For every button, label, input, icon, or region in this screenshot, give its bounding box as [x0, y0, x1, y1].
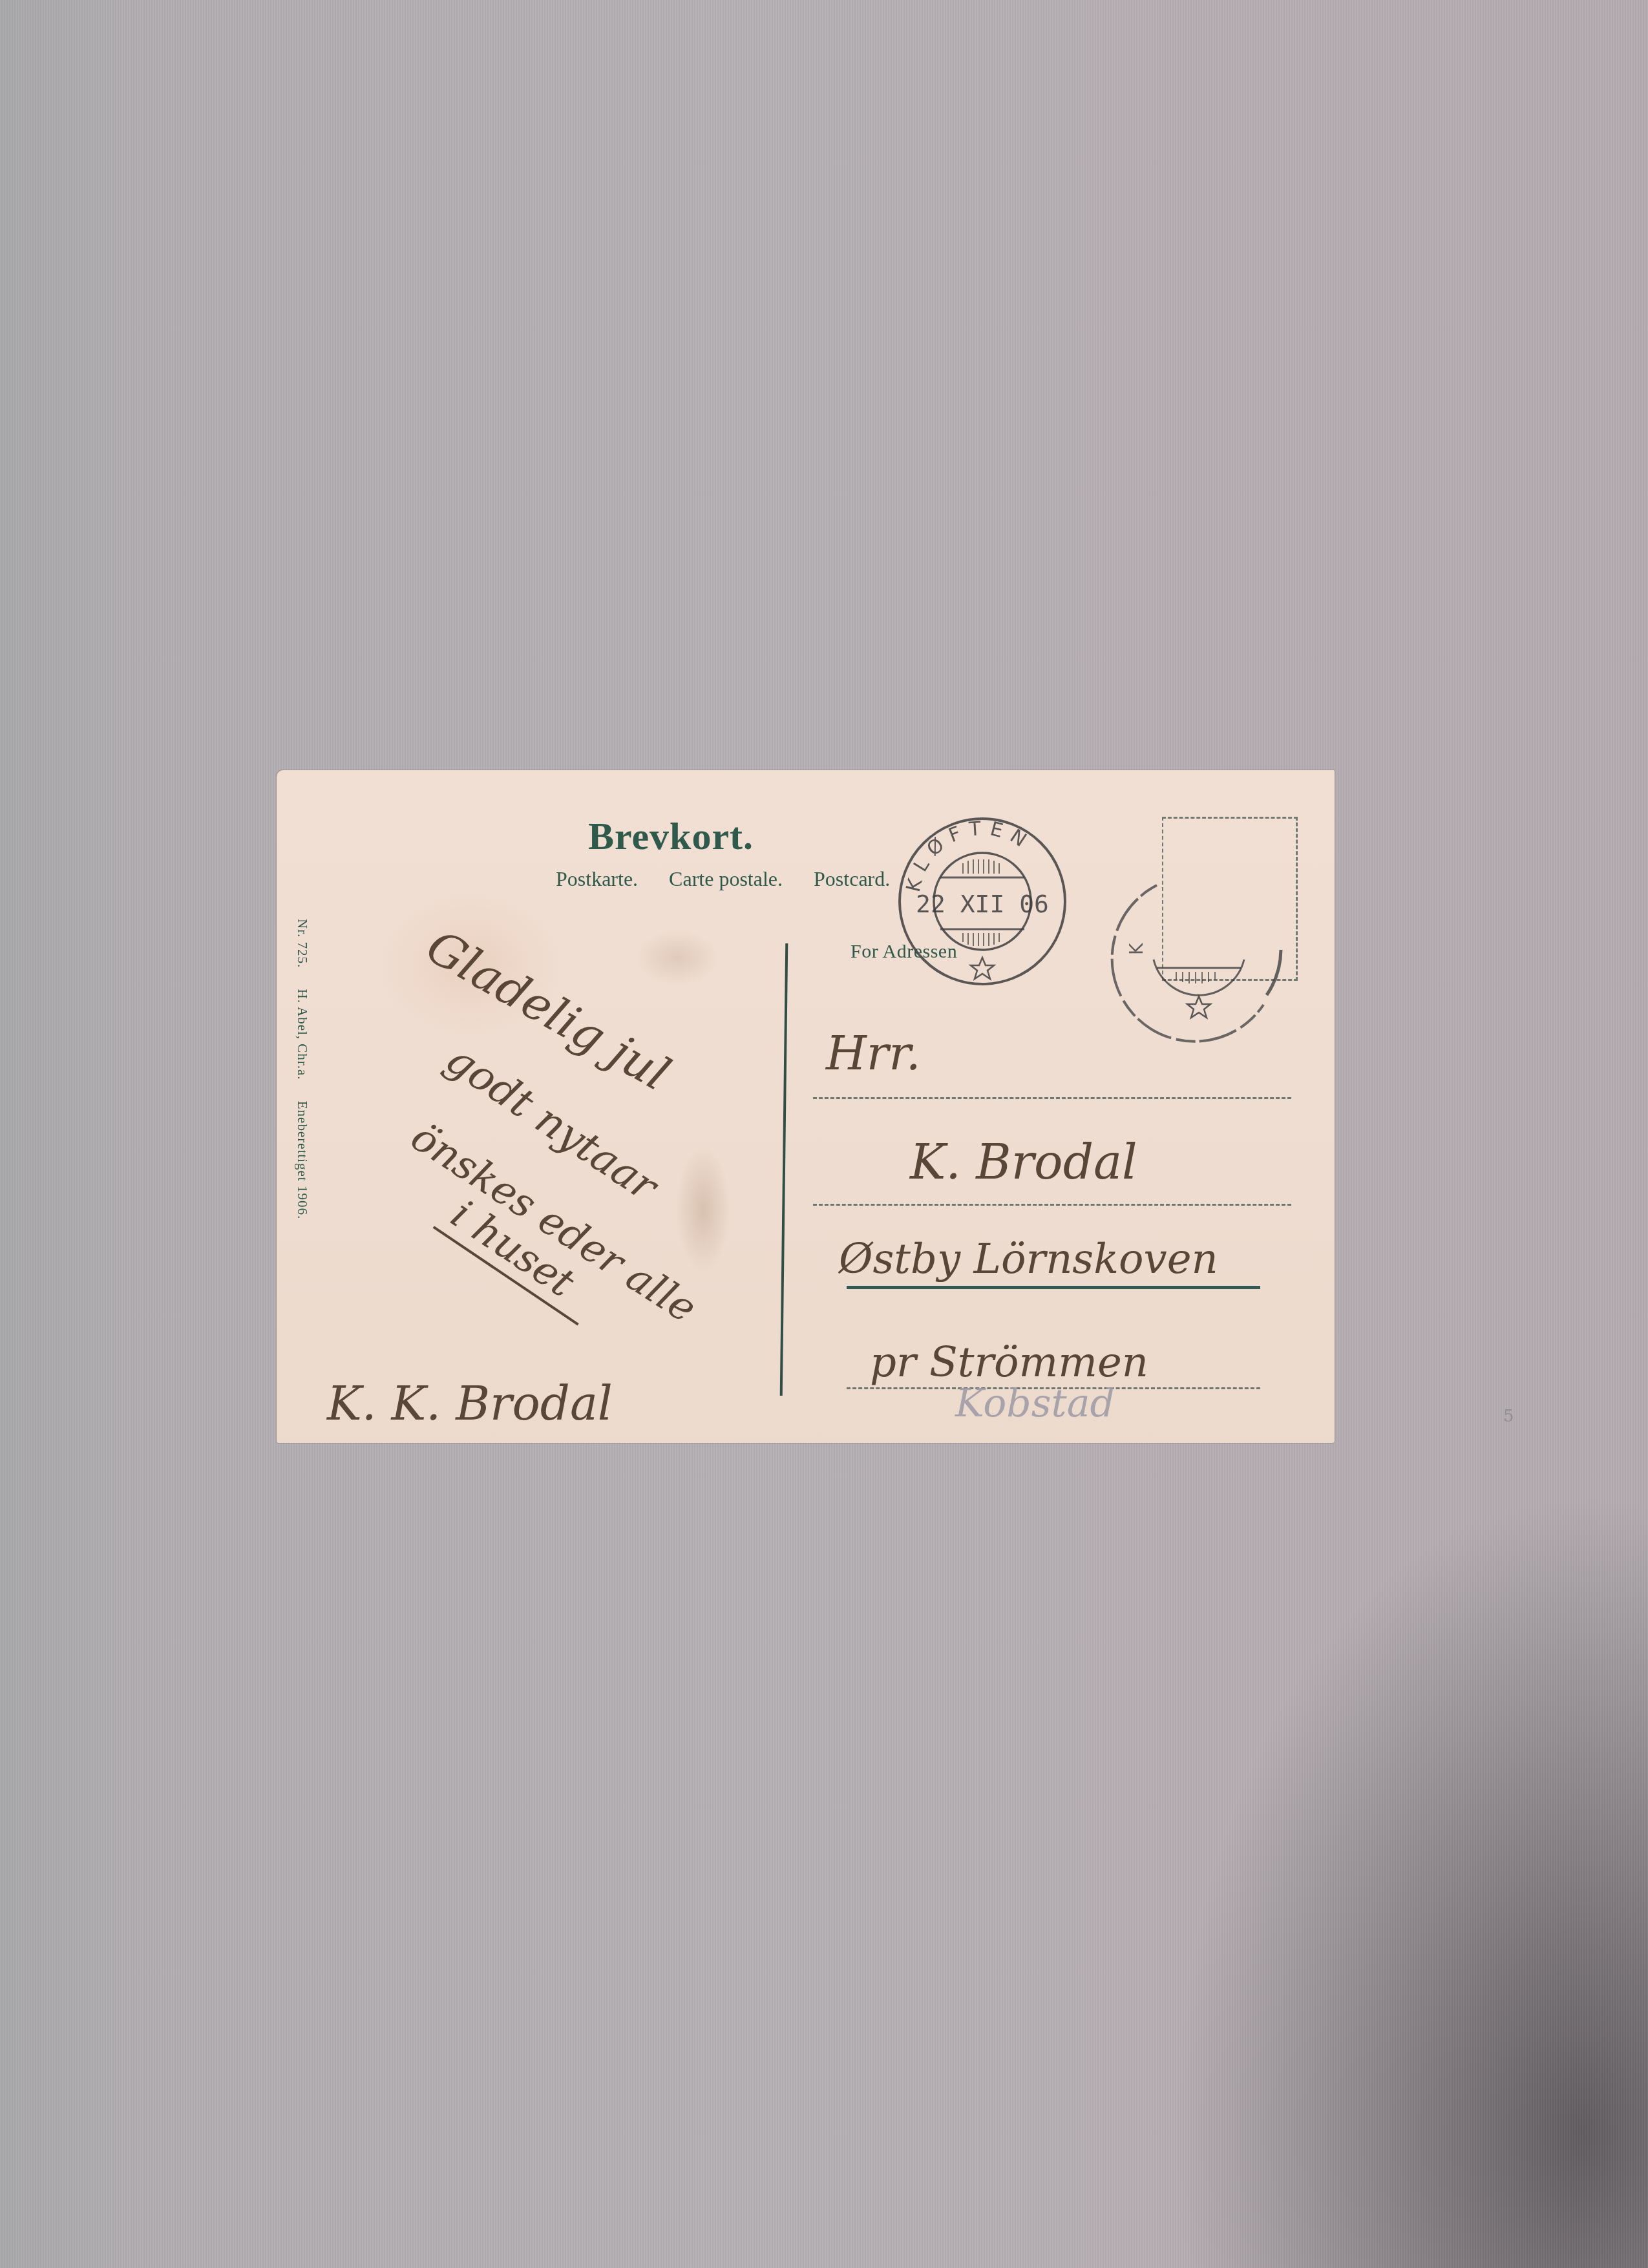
address-line-1 — [813, 1097, 1291, 1099]
sender-signature: K. K. Brodal — [327, 1376, 613, 1431]
subtitle-french: Carte postale. — [669, 867, 783, 890]
svg-text:22 XII 06: 22 XII 06 — [916, 890, 1049, 918]
svg-text:K: K — [1126, 943, 1147, 955]
postcard-subtitles: Postkarte. Carte postale. Postcard. — [556, 867, 916, 891]
address-line-2 — [813, 1204, 1291, 1206]
stamp-box — [1162, 817, 1298, 981]
address-label: For Adressen — [850, 941, 957, 963]
recipient-name: K. Brodal — [910, 1135, 1137, 1190]
postcard: Brevkort. Postkarte. Carte postale. Post… — [277, 770, 1335, 1443]
pencil-number: 5 — [1503, 1407, 1514, 1426]
imprint-rights: Eneberettiget 1906. — [295, 1101, 310, 1219]
imprint-publisher: H. Abel, Chr.a. — [295, 989, 310, 1080]
recipient-place: Østby Lörnskoven — [839, 1235, 1218, 1283]
subtitle-german: Postkarte. — [556, 867, 638, 890]
subtitle-english: Postcard. — [814, 867, 890, 890]
imprint-number: Nr. 725. — [295, 919, 310, 968]
address-line-3-underline — [847, 1286, 1260, 1289]
recipient-title: Hrr. — [826, 1026, 921, 1080]
pencil-note: Kobstad — [955, 1381, 1115, 1426]
center-divider-line — [780, 943, 788, 1396]
postcard-title: Brevkort. — [277, 814, 1065, 859]
recipient-post-office: pr Strömmen — [870, 1339, 1148, 1387]
publisher-imprint: Nr. 725. H. Abel, Chr.a. Eneberettiget 1… — [294, 919, 310, 1236]
